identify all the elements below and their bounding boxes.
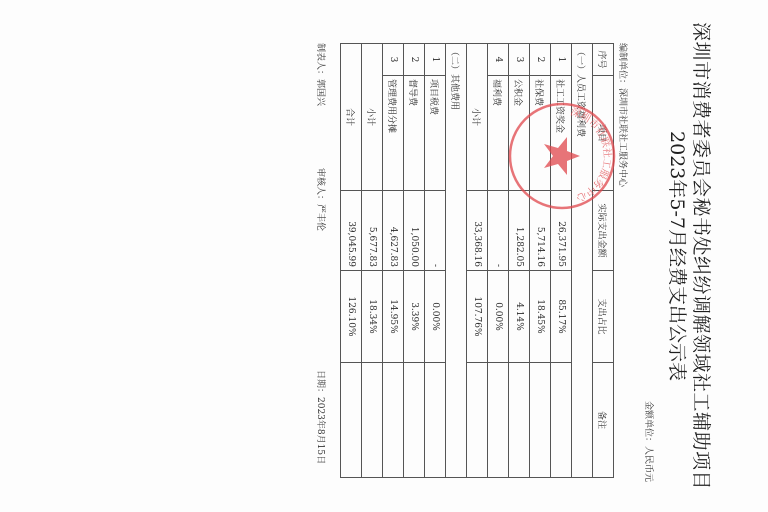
item-cell: 公积金 bbox=[509, 76, 530, 191]
table-row: 4福利费-0.00% bbox=[488, 44, 509, 478]
header-amount: 实际支出金额 bbox=[593, 191, 614, 271]
table-row: 合计39,045.99126.10% bbox=[341, 44, 362, 478]
amount-cell: 1,050.00 bbox=[404, 191, 425, 271]
item-cell: 社工工资奖金 bbox=[551, 76, 572, 191]
document-subtitle: 2023年5-7月经费支出公示表 bbox=[665, 0, 692, 512]
document-title: 深圳市消费者委员会秘书处纠纷调解领域社工辅助项目 bbox=[689, 0, 716, 512]
table-row: 3管理费用分摊4,627.8314.95% bbox=[383, 44, 404, 478]
header-item: 项目 bbox=[593, 76, 614, 191]
currency-unit: 金额单位：人民币元 bbox=[643, 401, 656, 482]
amount-cell: 39,045.99 bbox=[341, 191, 362, 271]
item-cell: 管理费用分摊 bbox=[383, 76, 404, 191]
ratio-cell: 126.10% bbox=[341, 271, 362, 363]
total-label: 合计 bbox=[341, 44, 362, 191]
table-row: （一）人员工资福利费 bbox=[572, 44, 593, 478]
row-number-cell: 3 bbox=[383, 44, 404, 76]
table-row: （二）其他费用 bbox=[446, 44, 467, 478]
row-number-cell: 2 bbox=[530, 44, 551, 76]
row-number-cell: 1 bbox=[551, 44, 572, 76]
note-cell bbox=[509, 363, 530, 478]
item-cell: 项目税费 bbox=[425, 76, 446, 191]
row-number-cell: 3 bbox=[509, 44, 530, 76]
item-cell: 福利费 bbox=[488, 76, 509, 191]
note-cell bbox=[362, 363, 383, 478]
footer-preparer: 制表人：郭国兴 bbox=[315, 43, 328, 106]
amount-cell: 33,368.16 bbox=[467, 191, 488, 271]
note-cell bbox=[383, 363, 404, 478]
note-cell bbox=[551, 363, 572, 478]
header-note: 备注 bbox=[593, 363, 614, 478]
subtotal-label: 小计 bbox=[362, 44, 383, 191]
table-row: 2督导费1,050.003.39% bbox=[404, 44, 425, 478]
amount-cell: 4,627.83 bbox=[383, 191, 404, 271]
ratio-cell: 0.00% bbox=[425, 271, 446, 363]
row-number-cell: 1 bbox=[425, 44, 446, 76]
footer-reviewer: 审核人：严丰伦 bbox=[315, 168, 328, 231]
note-cell bbox=[425, 363, 446, 478]
ratio-cell: 18.45% bbox=[530, 271, 551, 363]
table-header-row: 序号 项目 实际支出金额 支出占比 备注 bbox=[593, 44, 614, 478]
ratio-cell: 0.00% bbox=[488, 271, 509, 363]
preparer-organization: 编制单位：深圳市社联社工服务中心 bbox=[617, 43, 630, 187]
table-row: 3公积金1,282.054.14% bbox=[509, 44, 530, 478]
amount-cell: 5,677.83 bbox=[362, 191, 383, 271]
table-row: 小计33,368.16107.76% bbox=[467, 44, 488, 478]
subtotal-label: 小计 bbox=[467, 44, 488, 191]
expense-table: 序号 项目 实际支出金额 支出占比 备注 （一）人员工资福利费1社工工资奖金26… bbox=[340, 43, 614, 478]
item-cell: 社保费 bbox=[530, 76, 551, 191]
ratio-cell: 14.95% bbox=[383, 271, 404, 363]
footer-date: 日期：2023年8月15日 bbox=[315, 370, 328, 464]
note-cell bbox=[488, 363, 509, 478]
ratio-cell: 3.39% bbox=[404, 271, 425, 363]
row-number-cell: 2 bbox=[404, 44, 425, 76]
header-ratio: 支出占比 bbox=[593, 271, 614, 363]
table-row: 小计5,677.8318.34% bbox=[362, 44, 383, 478]
table-row: 1项目税费-0.00% bbox=[425, 44, 446, 478]
note-cell bbox=[530, 363, 551, 478]
amount-cell: 5,714.16 bbox=[530, 191, 551, 271]
header-no: 序号 bbox=[593, 44, 614, 76]
item-cell: 督导费 bbox=[404, 76, 425, 191]
row-number-cell: 4 bbox=[488, 44, 509, 76]
table-row: 1社工工资奖金26,371.9585.17% bbox=[551, 44, 572, 478]
amount-cell: - bbox=[425, 191, 446, 271]
expense-disclosure-page: 深圳市消费者委员会秘书处纠纷调解领域社工辅助项目 2023年5-7月经费支出公示… bbox=[0, 0, 768, 512]
section-label: （二）其他费用 bbox=[446, 44, 467, 478]
note-cell bbox=[404, 363, 425, 478]
amount-cell: - bbox=[488, 191, 509, 271]
amount-cell: 26,371.95 bbox=[551, 191, 572, 271]
ratio-cell: 107.76% bbox=[467, 271, 488, 363]
ratio-cell: 18.34% bbox=[362, 271, 383, 363]
table-row: 2社保费5,714.1618.45% bbox=[530, 44, 551, 478]
note-cell bbox=[467, 363, 488, 478]
section-label: （一）人员工资福利费 bbox=[572, 44, 593, 478]
note-cell bbox=[341, 363, 362, 478]
amount-cell: 1,282.05 bbox=[509, 191, 530, 271]
ratio-cell: 4.14% bbox=[509, 271, 530, 363]
ratio-cell: 85.17% bbox=[551, 271, 572, 363]
